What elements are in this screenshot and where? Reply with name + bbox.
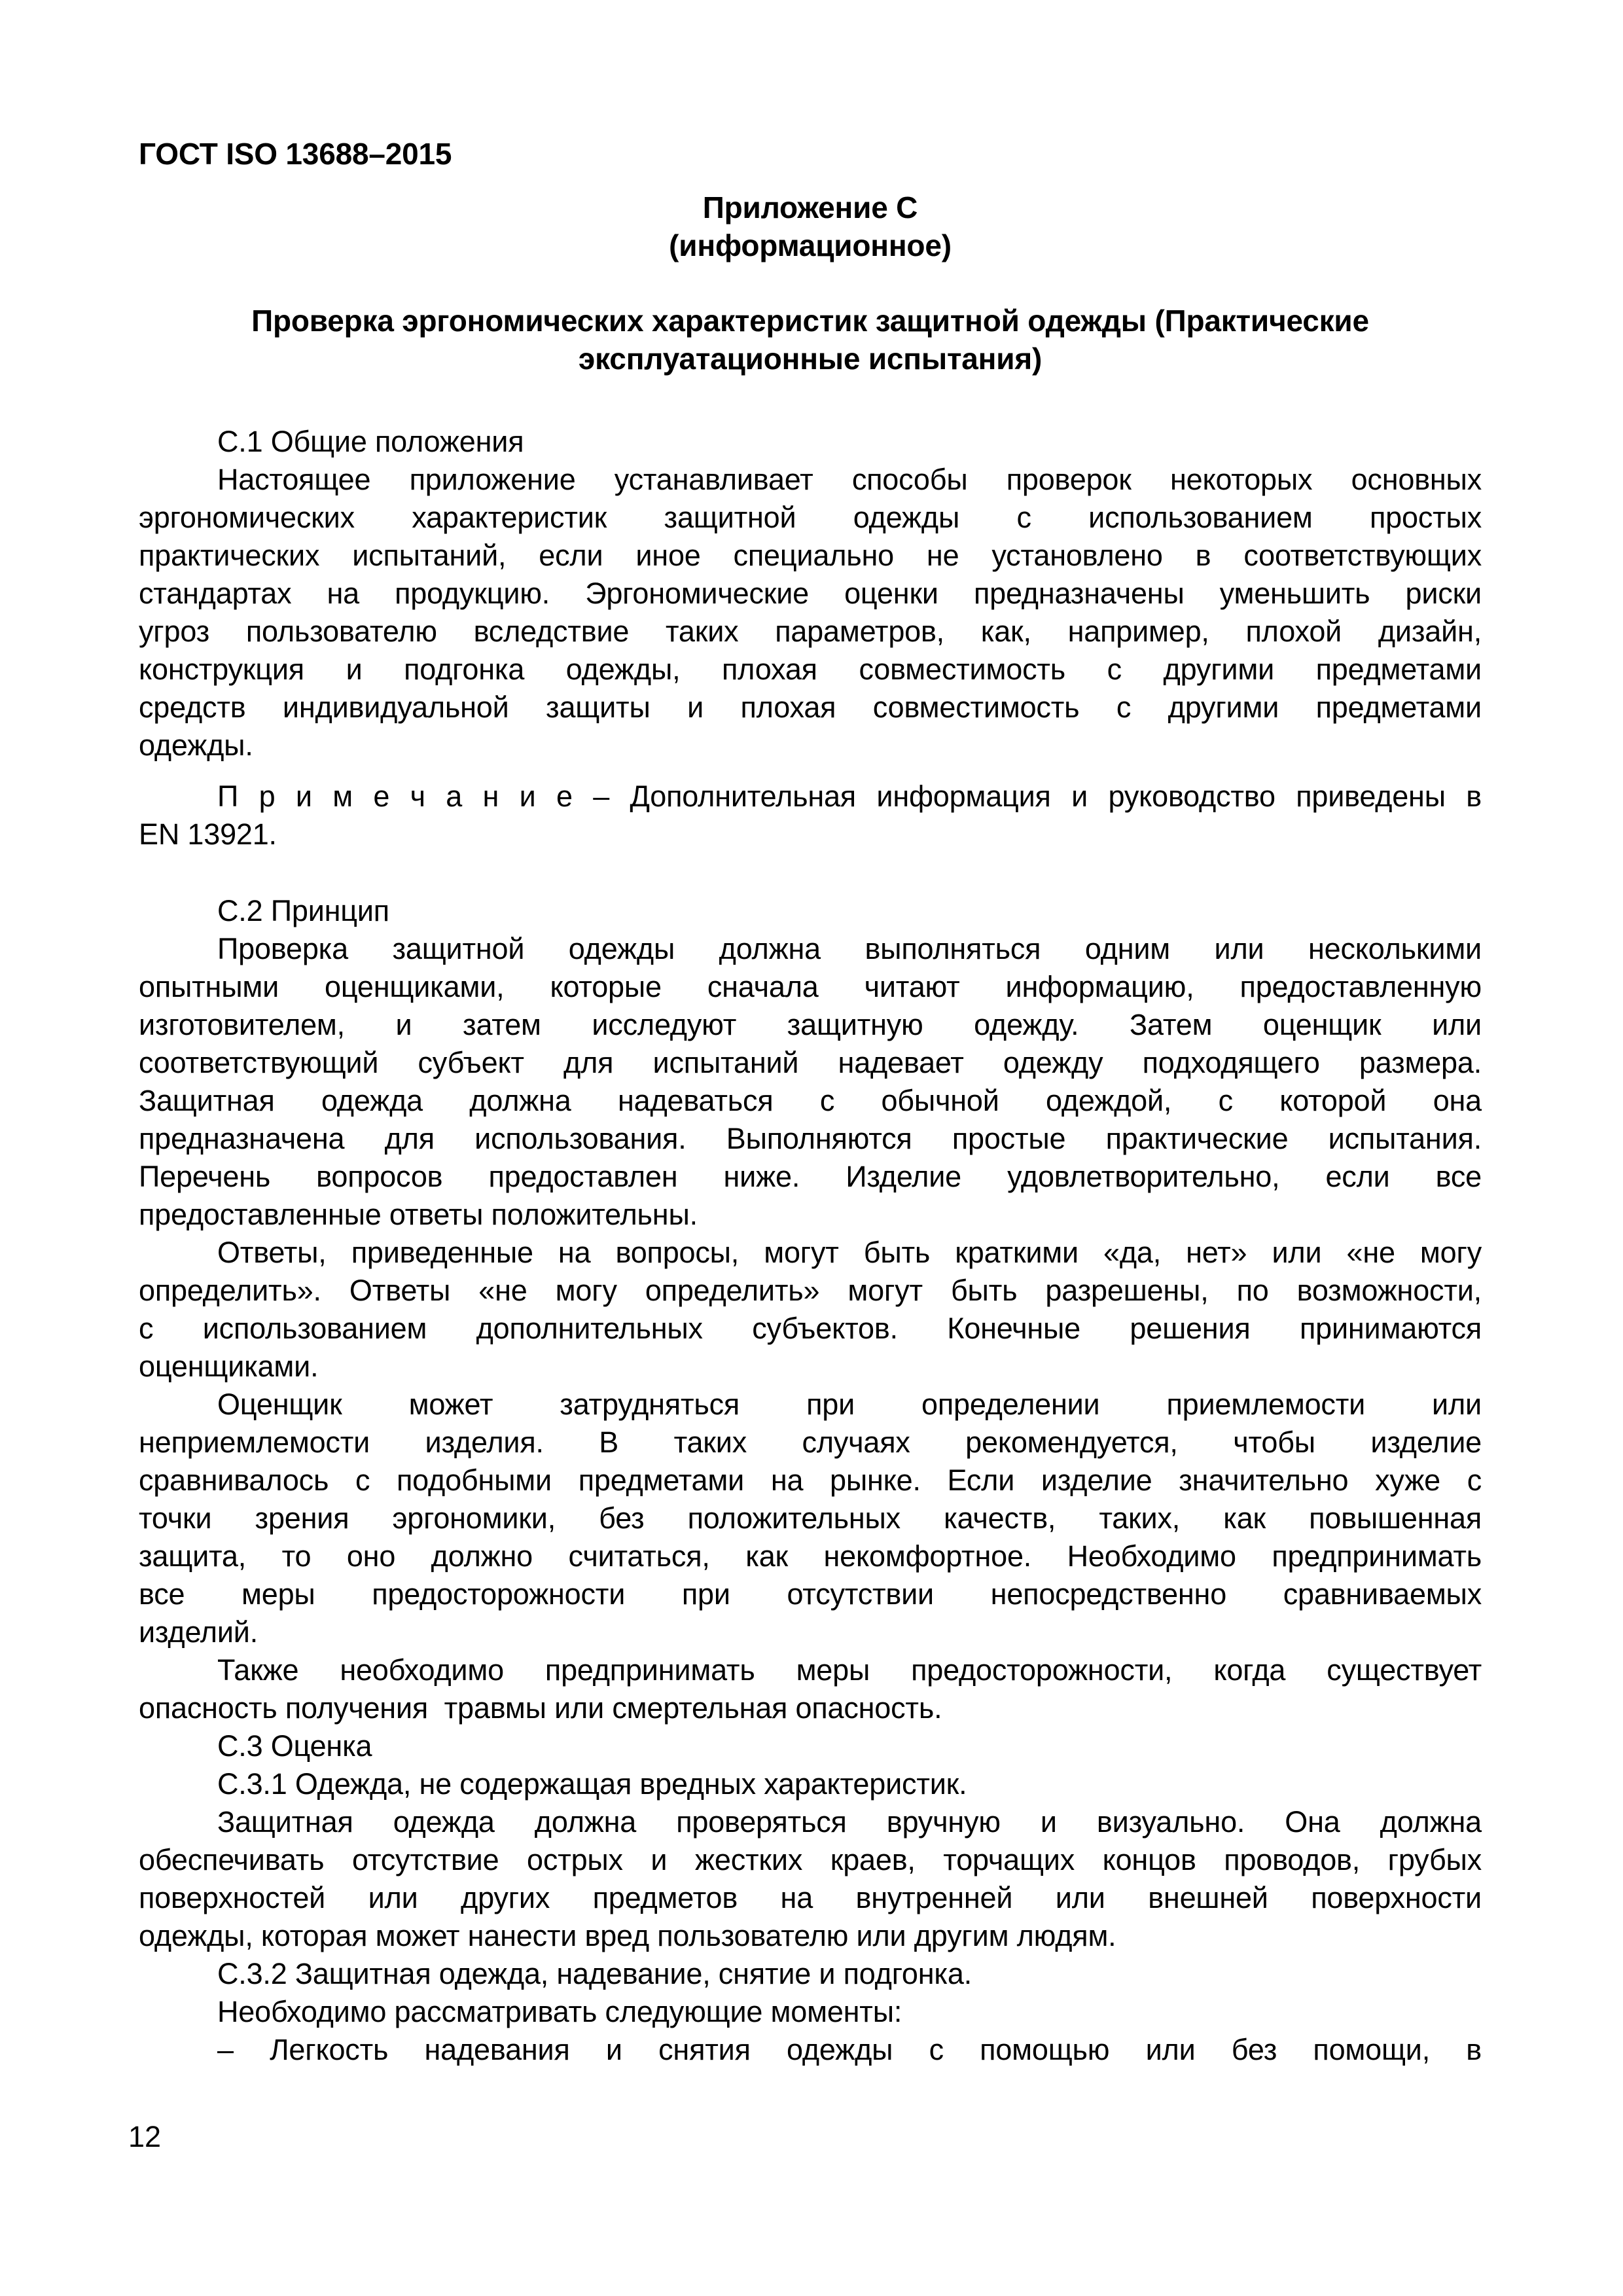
paragraph-c2-procedure: Проверка защитной одежды должна выполнят… bbox=[139, 930, 1482, 1234]
paragraph-line: одежды, которая может нанести вред польз… bbox=[139, 1917, 1482, 1955]
paragraph-line: изделий. bbox=[139, 1613, 1482, 1651]
paragraph-line: все меры предосторожности при отсутствии… bbox=[139, 1575, 1482, 1613]
paragraph-line: Также необходимо предпринимать меры пред… bbox=[139, 1651, 1482, 1689]
standard-number: ГОСТ ISO 13688–2015 bbox=[139, 135, 1482, 173]
paragraph-c1-general: Настоящее приложение устанавливает спосо… bbox=[139, 461, 1482, 764]
note-line: П р и м е ч а н и е – Дополнительная инф… bbox=[139, 778, 1482, 816]
note-line: EN 13921. bbox=[139, 816, 1482, 853]
section-heading-c2: С.2 Принцип bbox=[139, 892, 1482, 930]
appendix-kind: (информационное) bbox=[139, 226, 1482, 264]
paragraph-line: Проверка защитной одежды должна выполнят… bbox=[139, 930, 1482, 968]
note: П р и м е ч а н и е – Дополнительная инф… bbox=[139, 778, 1482, 853]
paragraph-line: средств индивидуальной защиты и плохая с… bbox=[139, 689, 1482, 726]
paragraph-line: эргономических характеристик защитной од… bbox=[139, 499, 1482, 537]
appendix-title-line: Проверка эргономических характеристик за… bbox=[139, 302, 1482, 340]
paragraph-line: опасность получения травмы или смертельн… bbox=[139, 1689, 1482, 1727]
section-heading-c32: С.3.2 Защитная одежда, надевание, снятие… bbox=[139, 1955, 1482, 1993]
paragraph-line: Необходимо рассматривать следующие момен… bbox=[139, 1993, 1482, 2031]
paragraph-line: конструкция и подгонка одежды, плохая со… bbox=[139, 651, 1482, 689]
paragraph-line: Ответы, приведенные на вопросы, могут бы… bbox=[139, 1234, 1482, 1272]
paragraph-line: предназначена для использования. Выполня… bbox=[139, 1120, 1482, 1158]
paragraph-line: Защитная одежда должна надеваться с обыч… bbox=[139, 1082, 1482, 1120]
paragraph-line: опытными оценщиками, которые сначала чит… bbox=[139, 968, 1482, 1006]
paragraph-line: неприемлемости изделия. В таких случаях … bbox=[139, 1424, 1482, 1462]
appendix-title-line: эксплуатационные испытания) bbox=[139, 340, 1482, 378]
paragraph-line: сравнивалось с подобными предметами на р… bbox=[139, 1462, 1482, 1499]
paragraph-line: Перечень вопросов предоставлен ниже. Изд… bbox=[139, 1158, 1482, 1196]
paragraph-c2-answers: Ответы, приведенные на вопросы, могут бы… bbox=[139, 1234, 1482, 1386]
paragraph-line: одежды. bbox=[139, 726, 1482, 764]
paragraph-c2-precautions: Также необходимо предпринимать меры пред… bbox=[139, 1651, 1482, 1727]
page-number: 12 bbox=[128, 2118, 161, 2156]
paragraph-line: точки зрения эргономики, без положительн… bbox=[139, 1499, 1482, 1537]
document-page: ГОСТ ISO 13688–2015 Приложение С (информ… bbox=[0, 0, 1623, 2296]
paragraph-line: Настоящее приложение устанавливает спосо… bbox=[139, 461, 1482, 499]
paragraph-line: обеспечивать отсутствие острых и жестких… bbox=[139, 1841, 1482, 1879]
paragraph-line: угроз пользователю вследствие таких пара… bbox=[139, 613, 1482, 651]
paragraph-c2-comparison: Оценщик может затрудняться при определен… bbox=[139, 1386, 1482, 1651]
appendix-label: Приложение С bbox=[139, 188, 1482, 226]
paragraph-line: поверхностей или других предметов на вну… bbox=[139, 1879, 1482, 1917]
paragraph-line: оценщиками. bbox=[139, 1348, 1482, 1386]
section-heading-c31: С.3.1 Одежда, не содержащая вредных хара… bbox=[139, 1765, 1482, 1803]
paragraph-line: соответствующий субъект для испытаний на… bbox=[139, 1044, 1482, 1082]
list-item-line: – Легкость надевания и снятия одежды с п… bbox=[139, 2031, 1482, 2069]
paragraph-line: Оценщик может затрудняться при определен… bbox=[139, 1386, 1482, 1424]
paragraph-line: Защитная одежда должна проверяться вручн… bbox=[139, 1803, 1482, 1841]
section-heading-c3: С.3 Оценка bbox=[139, 1727, 1482, 1765]
section-heading-c1: С.1 Общие положения bbox=[139, 423, 1482, 461]
page-content: ГОСТ ISO 13688–2015 Приложение С (информ… bbox=[139, 0, 1482, 2069]
paragraph-line: изготовителем, и затем исследуют защитну… bbox=[139, 1006, 1482, 1044]
paragraph-line: стандартах на продукцию. Эргономические … bbox=[139, 575, 1482, 613]
paragraph-line: практических испытаний, если иное специа… bbox=[139, 537, 1482, 575]
paragraph-line: защита, то оно должно считаться, как нек… bbox=[139, 1537, 1482, 1575]
paragraph-c31-inspection: Защитная одежда должна проверяться вручн… bbox=[139, 1803, 1482, 1955]
paragraph-line: определить». Ответы «не могу определить»… bbox=[139, 1272, 1482, 1310]
paragraph-line: предоставленные ответы положительны. bbox=[139, 1196, 1482, 1234]
paragraph-line: с использованием дополнительных субъекто… bbox=[139, 1310, 1482, 1348]
